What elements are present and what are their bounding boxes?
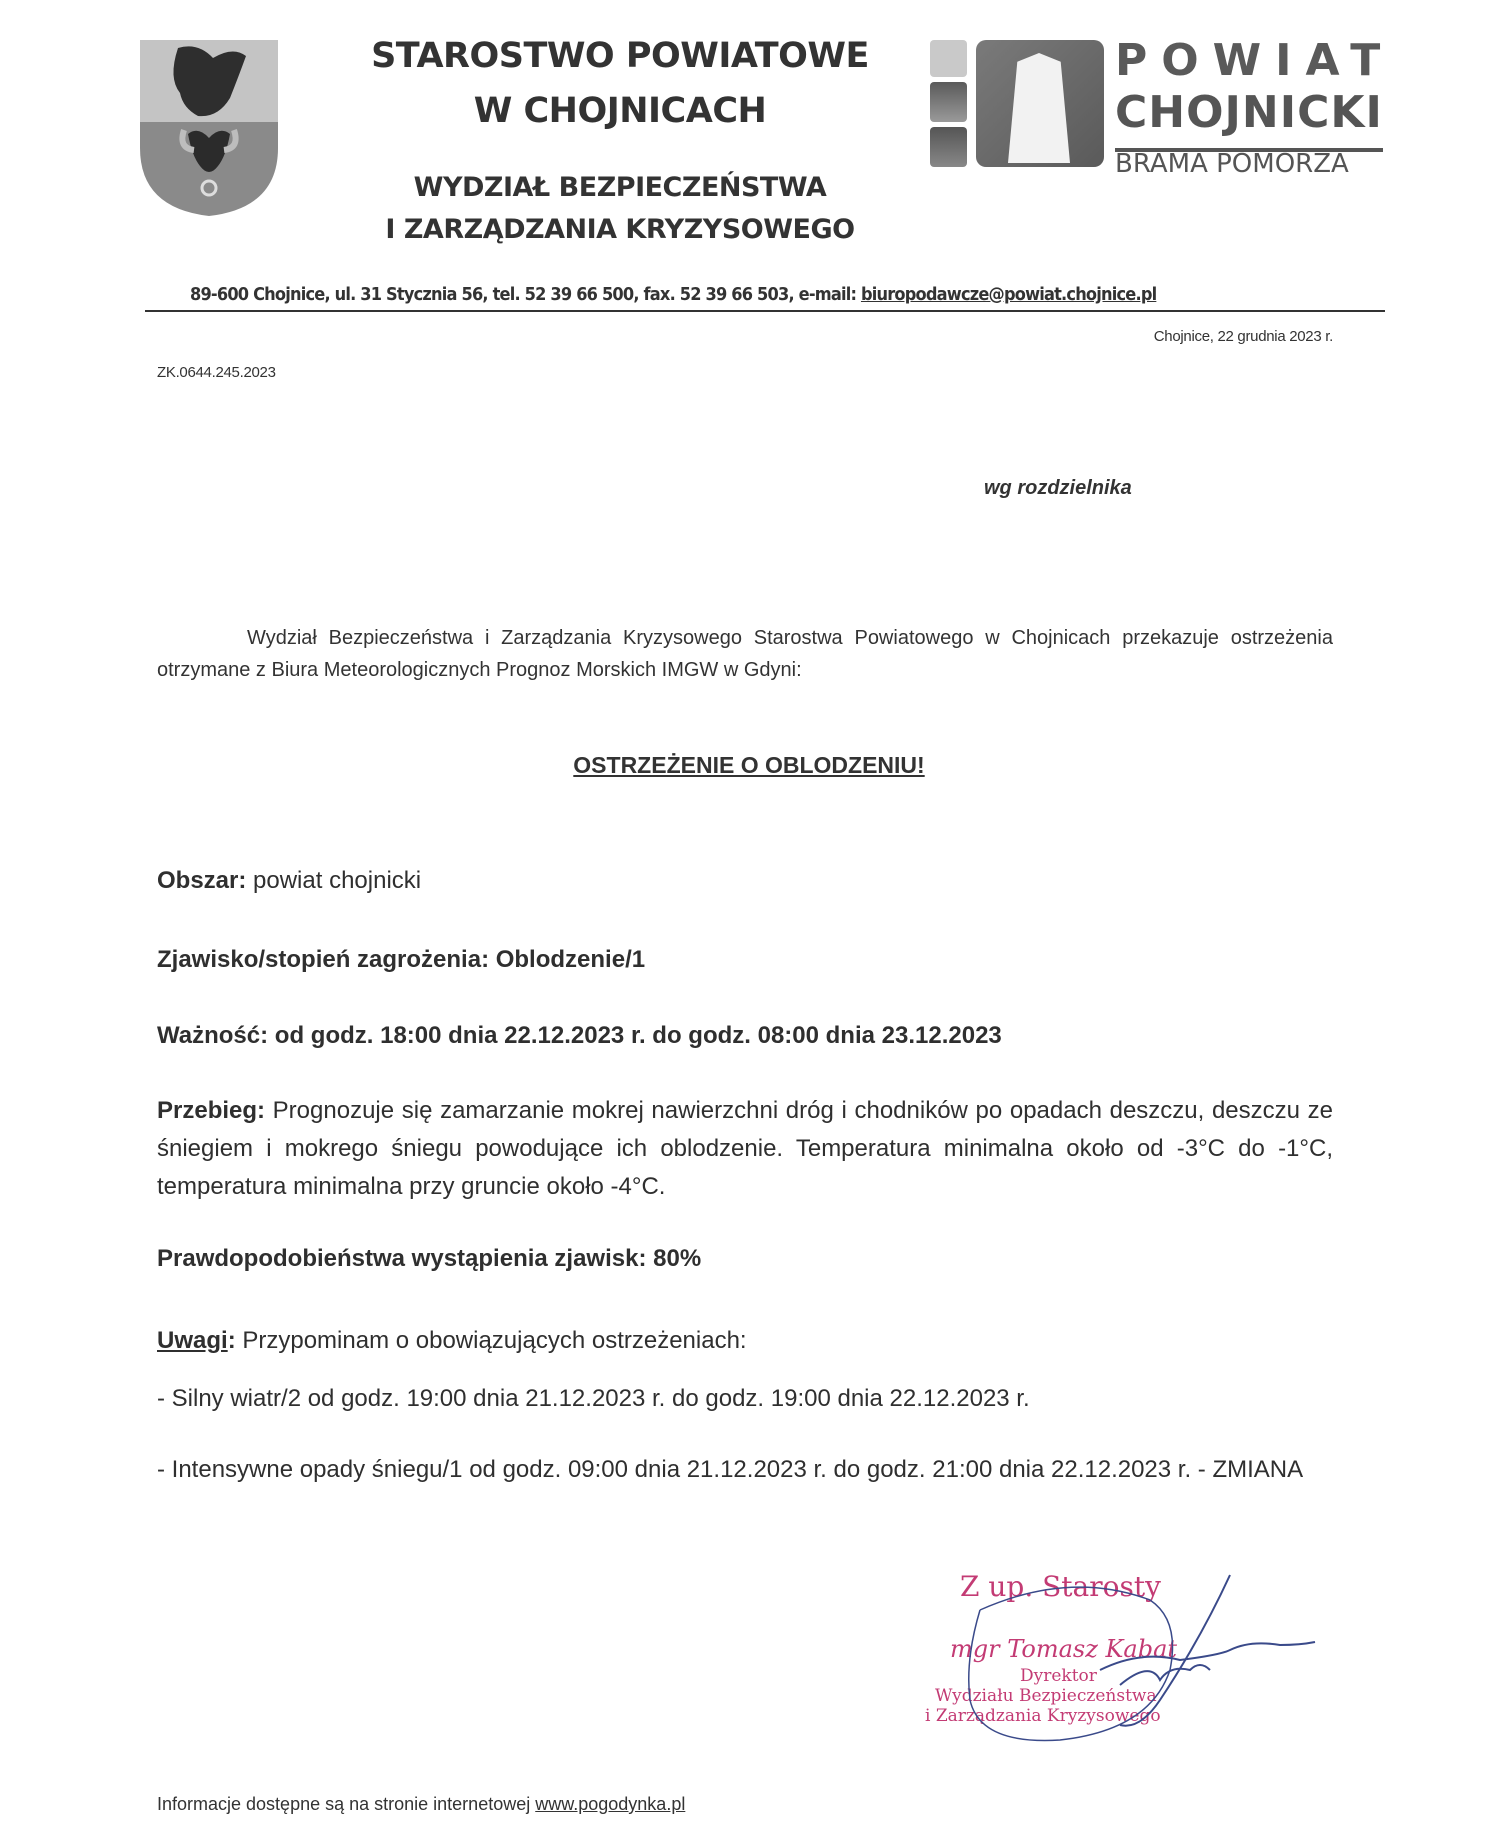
probability-label: Prawdopodobieństwa wystąpienia zjawisk: bbox=[157, 1245, 646, 1272]
course-value: Prognozuje się zamarzanie mokrej nawierz… bbox=[157, 1097, 1333, 1200]
logo-square-decor bbox=[930, 82, 967, 122]
field-phenomenon: Zjawisko/stopień zagrożenia: Oblodzenie/… bbox=[157, 941, 1333, 979]
course-label: Przebieg: bbox=[157, 1097, 265, 1124]
active-warning-item: - Intensywne opady śniegu/1 od godz. 09:… bbox=[157, 1440, 1333, 1500]
validity-value: od godz. 18:00 dnia 22.12.2023 r. do god… bbox=[268, 1022, 1002, 1049]
probability-value: 80% bbox=[646, 1245, 701, 1272]
field-notes: Uwagi: Przypominam o obowiązujących ostr… bbox=[157, 1322, 1333, 1360]
notes-colon: : bbox=[228, 1327, 236, 1354]
intro-text: Wydział Bezpieczeństwa i Zarządzania Kry… bbox=[157, 627, 1333, 681]
signature-stamp: Z up. Starosty mgr Tomasz Kabat Dyrektor… bbox=[920, 1560, 1340, 1760]
email-link[interactable]: biuropodawcze@powiat.chojnice.pl bbox=[861, 284, 1156, 305]
phenomenon-label: Zjawisko/stopień zagrożenia: bbox=[157, 946, 489, 973]
pogodynka-link[interactable]: www.pogodynka.pl bbox=[535, 1794, 685, 1814]
footer-note: Informacje dostępne są na stronie intern… bbox=[157, 1794, 685, 1815]
powiat-logo: POWIAT CHOJNICKI BRAMA POMORZA bbox=[930, 35, 1390, 175]
field-probability: Prawdopodobieństwa wystąpienia zjawisk: … bbox=[157, 1240, 1333, 1278]
intro-paragraph: Wydział Bezpieczeństwa i Zarządzania Kry… bbox=[157, 622, 1333, 686]
field-area: Obszar: powiat chojnicki bbox=[157, 862, 1333, 900]
tower-shape bbox=[1008, 53, 1070, 163]
logo-square-decor bbox=[930, 127, 967, 167]
office-title-line1: STAROSTWO POWIATOWE bbox=[300, 36, 940, 76]
recipient: wg rozdzielnika bbox=[984, 477, 1132, 500]
handwritten-signature-icon bbox=[920, 1560, 1340, 1760]
department-title-line1: WYDZIAŁ BEZPIECZEŃSTWA bbox=[300, 172, 940, 203]
field-validity: Ważność: od godz. 18:00 dnia 22.12.2023 … bbox=[157, 1017, 1333, 1055]
address-line: 89-600 Chojnice, ul. 31 Stycznia 56, tel… bbox=[190, 284, 1156, 305]
logo-tagline: BRAMA POMORZA bbox=[1115, 149, 1349, 179]
logo-chojnicki-text: CHOJNICKI bbox=[1115, 87, 1383, 138]
logo-square-decor bbox=[930, 40, 967, 77]
active-warning-item: - Silny wiatr/2 od godz. 19:00 dnia 21.1… bbox=[157, 1380, 1333, 1418]
reference-number: ZK.0644.245.2023 bbox=[157, 364, 276, 381]
validity-label: Ważność: bbox=[157, 1022, 268, 1049]
department-title-line2: I ZARZĄDZANIA KRYZYSOWEGO bbox=[300, 214, 940, 245]
field-course: Przebieg: Prognozuje się zamarzanie mokr… bbox=[157, 1092, 1333, 1206]
place-date: Chojnice, 22 grudnia 2023 r. bbox=[1000, 328, 1333, 345]
footer-text: Informacje dostępne są na stronie intern… bbox=[157, 1794, 535, 1814]
logo-powiat-text: POWIAT bbox=[1115, 35, 1394, 86]
area-label: Obszar: bbox=[157, 867, 246, 894]
notes-label: Uwagi bbox=[157, 1327, 228, 1354]
phenomenon-value: Oblodzenie/1 bbox=[489, 946, 645, 973]
warning-title: OSTRZEŻENIE O OBLODZENIU! bbox=[0, 752, 1498, 779]
address-text: 89-600 Chojnice, ul. 31 Stycznia 56, tel… bbox=[190, 284, 861, 305]
area-value: powiat chojnicki bbox=[246, 867, 421, 894]
office-title-line2: W CHOJNICACH bbox=[300, 91, 940, 131]
coat-of-arms-icon bbox=[138, 38, 280, 218]
notes-value: Przypominam o obowiązujących ostrzeżenia… bbox=[236, 1327, 747, 1354]
header-divider bbox=[145, 310, 1385, 312]
